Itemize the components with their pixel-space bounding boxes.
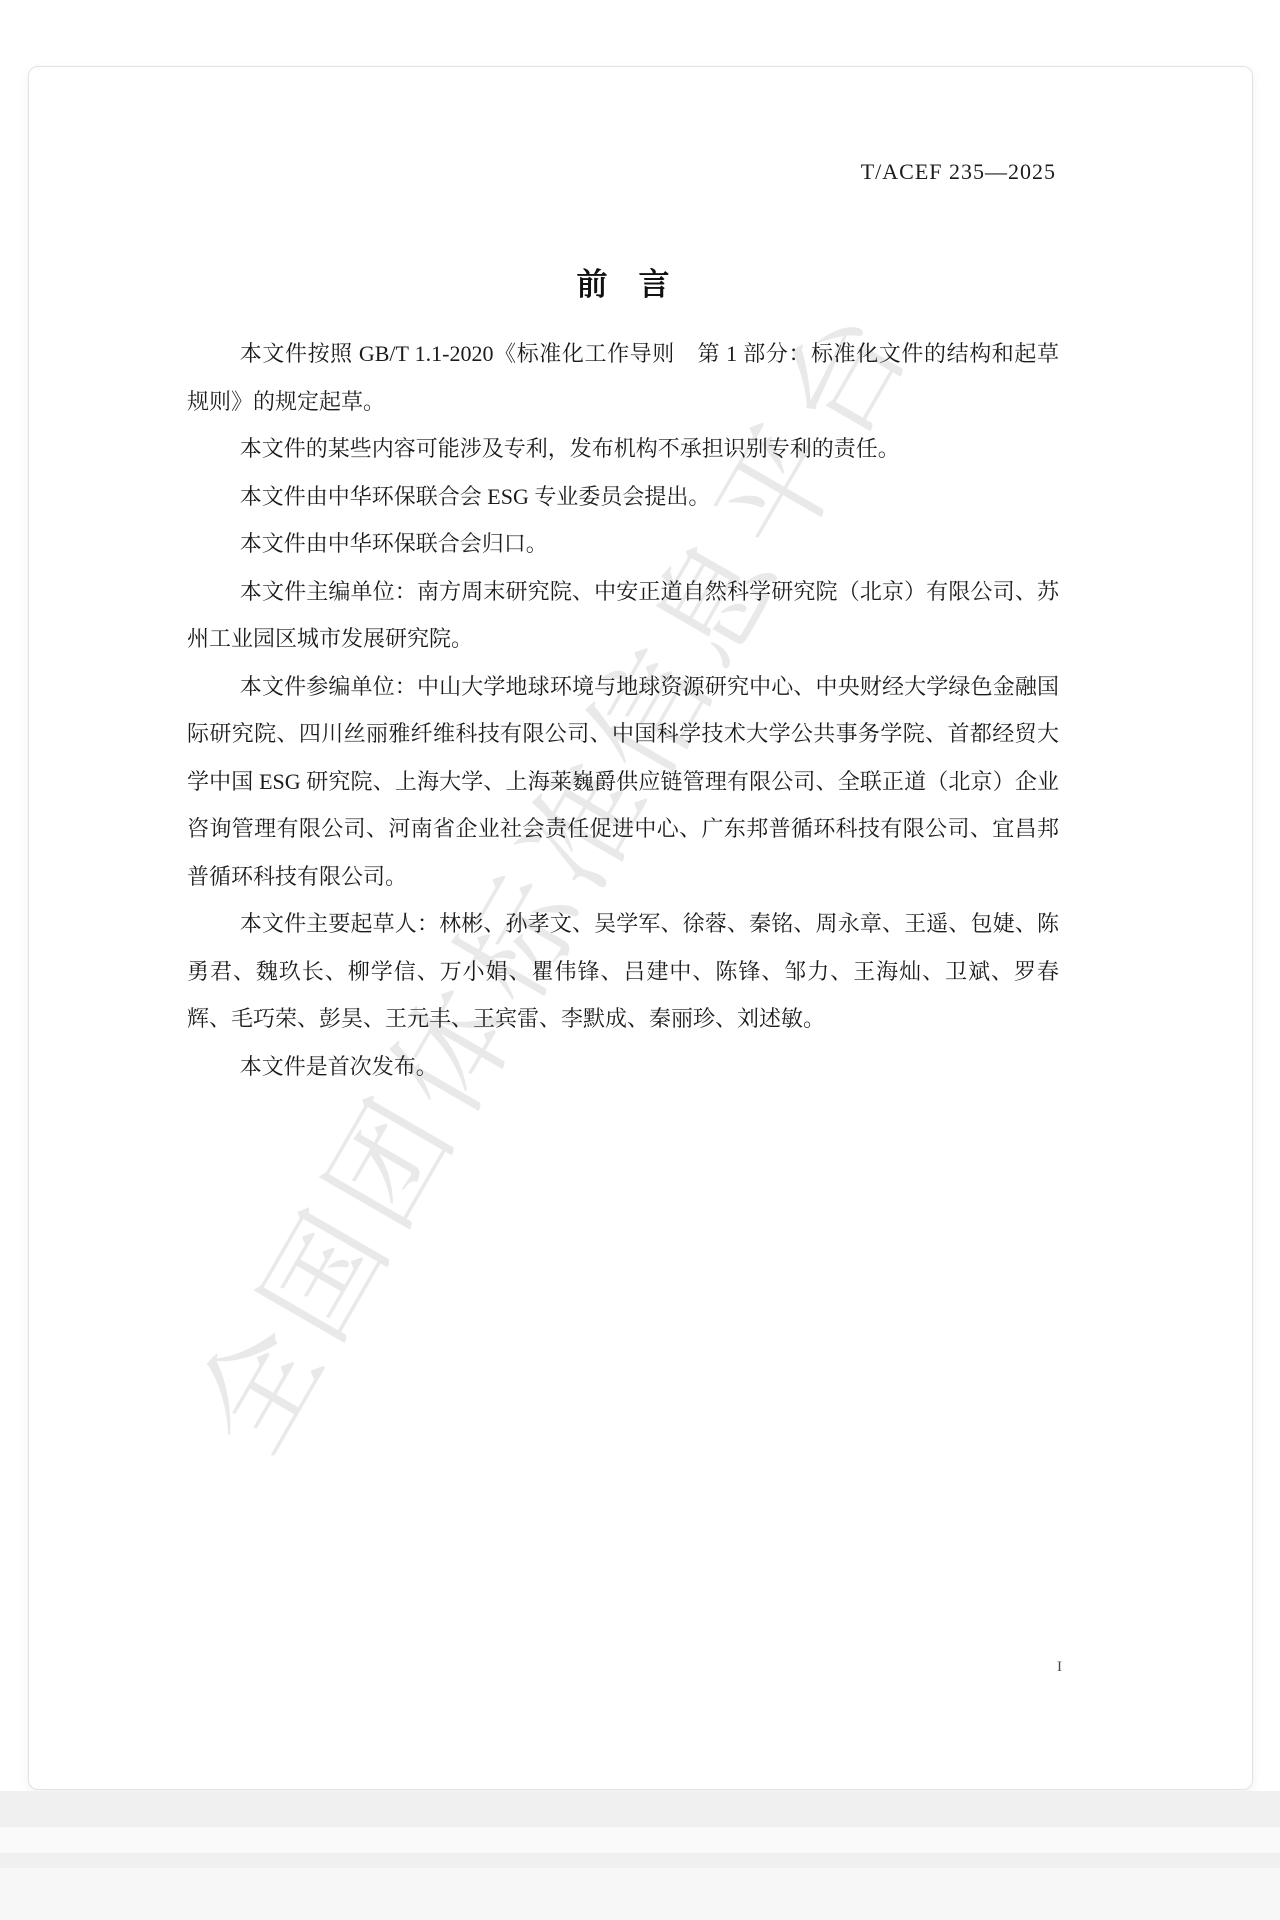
paragraph: 本文件的某些内容可能涉及专利，发布机构不承担识别专利的责任。 — [187, 425, 1059, 473]
page-gap-band — [0, 1868, 1280, 1920]
paragraph: 本文件主要起草人：林彬、孙孝文、吴学军、徐蓉、秦铭、周永章、王遥、包婕、陈勇君、… — [187, 900, 1059, 1043]
document-body: 本文件按照 GB/T 1.1-2020《标准化工作导则 第 1 部分：标准化文件… — [187, 330, 1059, 1090]
paragraph: 本文件主编单位：南方周末研究院、中安正道自然科学研究院（北京）有限公司、苏州工业… — [187, 568, 1059, 663]
page-gap-band — [0, 1827, 1280, 1853]
page-gap — [0, 1791, 1280, 1920]
document-page: 全国团体标准信息平台 T/ACEF 235—2025 前 言 本文件按照 GB/… — [28, 66, 1253, 1790]
paragraph: 本文件由中华环保联合会归口。 — [187, 520, 1059, 568]
paragraph: 本文件是首次发布。 — [187, 1043, 1059, 1091]
paragraph: 本文件参编单位：中山大学地球环境与地球资源研究中心、中央财经大学绿色金融国际研究… — [187, 663, 1059, 901]
paragraph: 本文件由中华环保联合会 ESG 专业委员会提出。 — [187, 473, 1059, 521]
paragraph: 本文件按照 GB/T 1.1-2020《标准化工作导则 第 1 部分：标准化文件… — [187, 330, 1059, 425]
standard-code: T/ACEF 235—2025 — [861, 159, 1056, 185]
page-title: 前 言 — [187, 259, 1059, 304]
page-number: I — [1057, 1659, 1062, 1676]
